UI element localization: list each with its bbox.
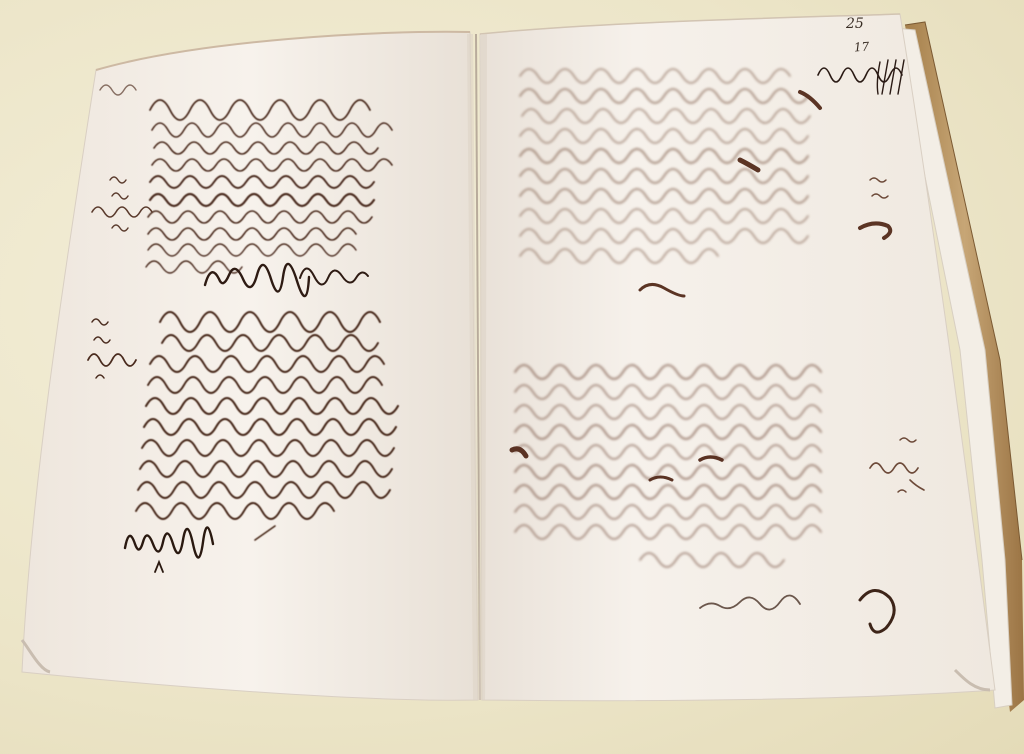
folio-number-17: 17: [854, 39, 870, 54]
book-illustration: [0, 0, 1024, 754]
folio-number-25: 25: [846, 16, 864, 32]
manuscript-photo: 25 17 Faded handwriting with heavy bleed…: [0, 0, 1024, 754]
left-page: [22, 32, 478, 700]
